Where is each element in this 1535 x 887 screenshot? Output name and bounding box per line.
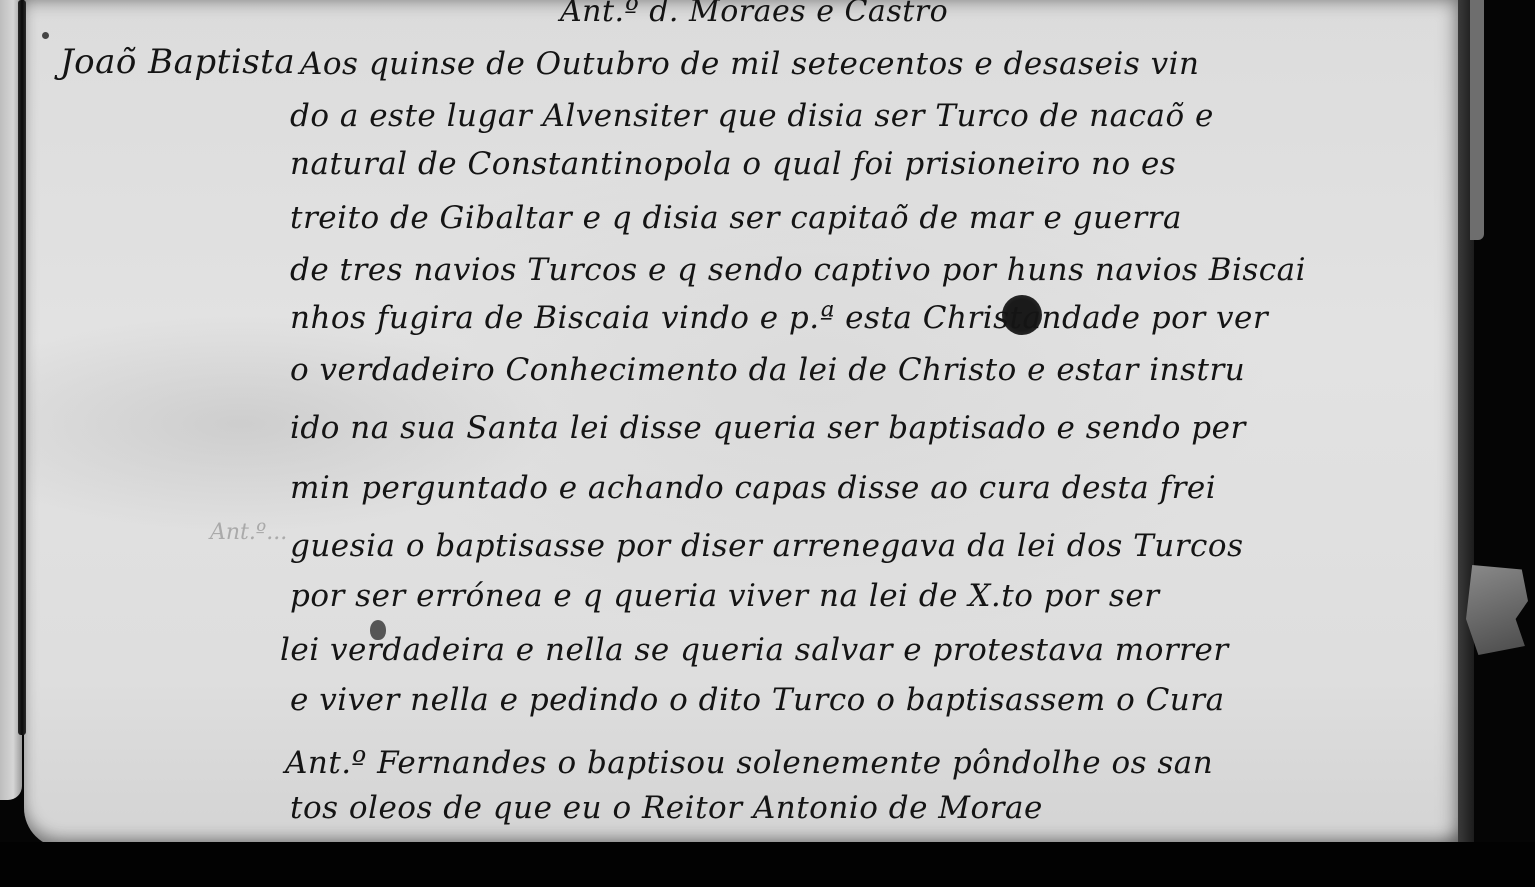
record-line-1: Aos quinse de Outubro de mil setecentos …	[300, 46, 1199, 82]
manuscript-scan: Ant.º d. Moraes e Castro Joaõ Baptista A…	[0, 0, 1535, 887]
record-line-13: e viver nella e pedindo o dito Turco o b…	[290, 682, 1225, 718]
record-line-4: treito de Gibaltar e q disia ser capitaõ…	[290, 200, 1182, 236]
faint-margin-marks: Ant.º...	[210, 520, 287, 545]
record-line-6: nhos fugira de Biscaia vindo e p.ª esta …	[290, 300, 1268, 336]
binding-gutter	[18, 0, 26, 735]
record-line-2: do a este lugar Alvensiter que disia ser…	[290, 98, 1214, 134]
record-line-8: ido na sua Santa lei disse queria ser ba…	[290, 410, 1246, 446]
record-line-11: por ser errónea e q queria viver na lei …	[290, 578, 1160, 614]
record-line-5: de tres navios Turcos e q sendo captivo …	[290, 252, 1306, 288]
record-line-12: lei verdadeira e nella se queria salvar …	[280, 632, 1229, 668]
ink-dot	[42, 32, 49, 39]
record-line-15: tos oleos de que eu o Reitor Antonio de …	[290, 790, 1043, 826]
record-line-14: Ant.º Fernandes o baptisou solenemente p…	[285, 745, 1213, 781]
record-line-7: o verdadeiro Conhecimento da lei de Chri…	[290, 352, 1245, 388]
page-flap	[1470, 0, 1484, 240]
record-line-9: min perguntado e achando capas disse ao …	[290, 470, 1216, 506]
record-line-10: guesia o baptisasse por diser arrenegava…	[290, 528, 1243, 564]
record-header: Ant.º d. Moraes e Castro	[560, 0, 948, 29]
margin-baptized-name: Joaõ Baptista	[60, 42, 295, 82]
record-line-3: natural de Constantinopola o qual foi pr…	[290, 146, 1176, 182]
scan-bottom-border	[0, 842, 1535, 887]
torn-paper-fragment	[1466, 565, 1528, 655]
